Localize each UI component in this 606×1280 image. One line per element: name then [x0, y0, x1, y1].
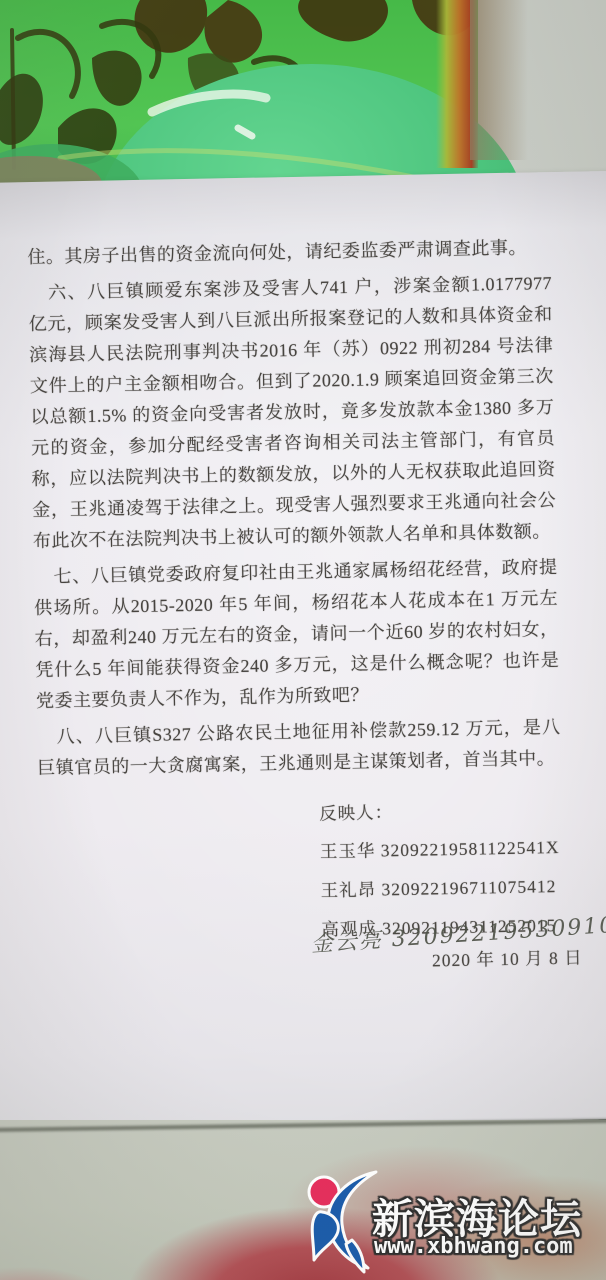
- fabric-brown-shadow: [470, 0, 528, 160]
- forum-url: www.xbhwang.com: [374, 1234, 573, 1259]
- document-paragraph: 住。其房子出售的资金流向何处，请纪委监委严肃调查此事。: [27, 232, 551, 273]
- document-text: 住。其房子出售的资金流向何处，请纪委监委严肃调查此事。 六、八巨镇顾爱东案涉及受…: [27, 232, 561, 789]
- signer-line: 王玉华 32092219581122541X: [320, 827, 606, 872]
- signature-label: 反映人：: [319, 789, 606, 833]
- paper-sheet: 住。其房子出售的资金流向何处，请纪委监委严肃调查此事。 六、八巨镇顾爱东案涉及受…: [0, 170, 606, 1130]
- document-paragraph: 六、八巨镇顾爱东案涉及受害人741 户，涉案金额1.0177977 亿元，顾案发…: [28, 268, 557, 557]
- document-paragraph: 七、八巨镇党委政府复印社由王兆通家属杨绍花经营，政府提供场所。从2015-202…: [33, 552, 560, 717]
- forum-watermark: 新滨海论坛 www.xbhwang.com: [300, 1156, 602, 1278]
- document-paragraph: 八、八巨镇S327 公路农民土地征用补偿款259.12 万元，是八巨镇官员的一大…: [36, 712, 561, 784]
- signer-line: 王礼昂 320922196711075412: [320, 866, 606, 911]
- photo-of-document: 住。其房子出售的资金流向何处，请纪委监委严肃调查此事。 六、八巨镇顾爱东案涉及受…: [0, 0, 606, 1280]
